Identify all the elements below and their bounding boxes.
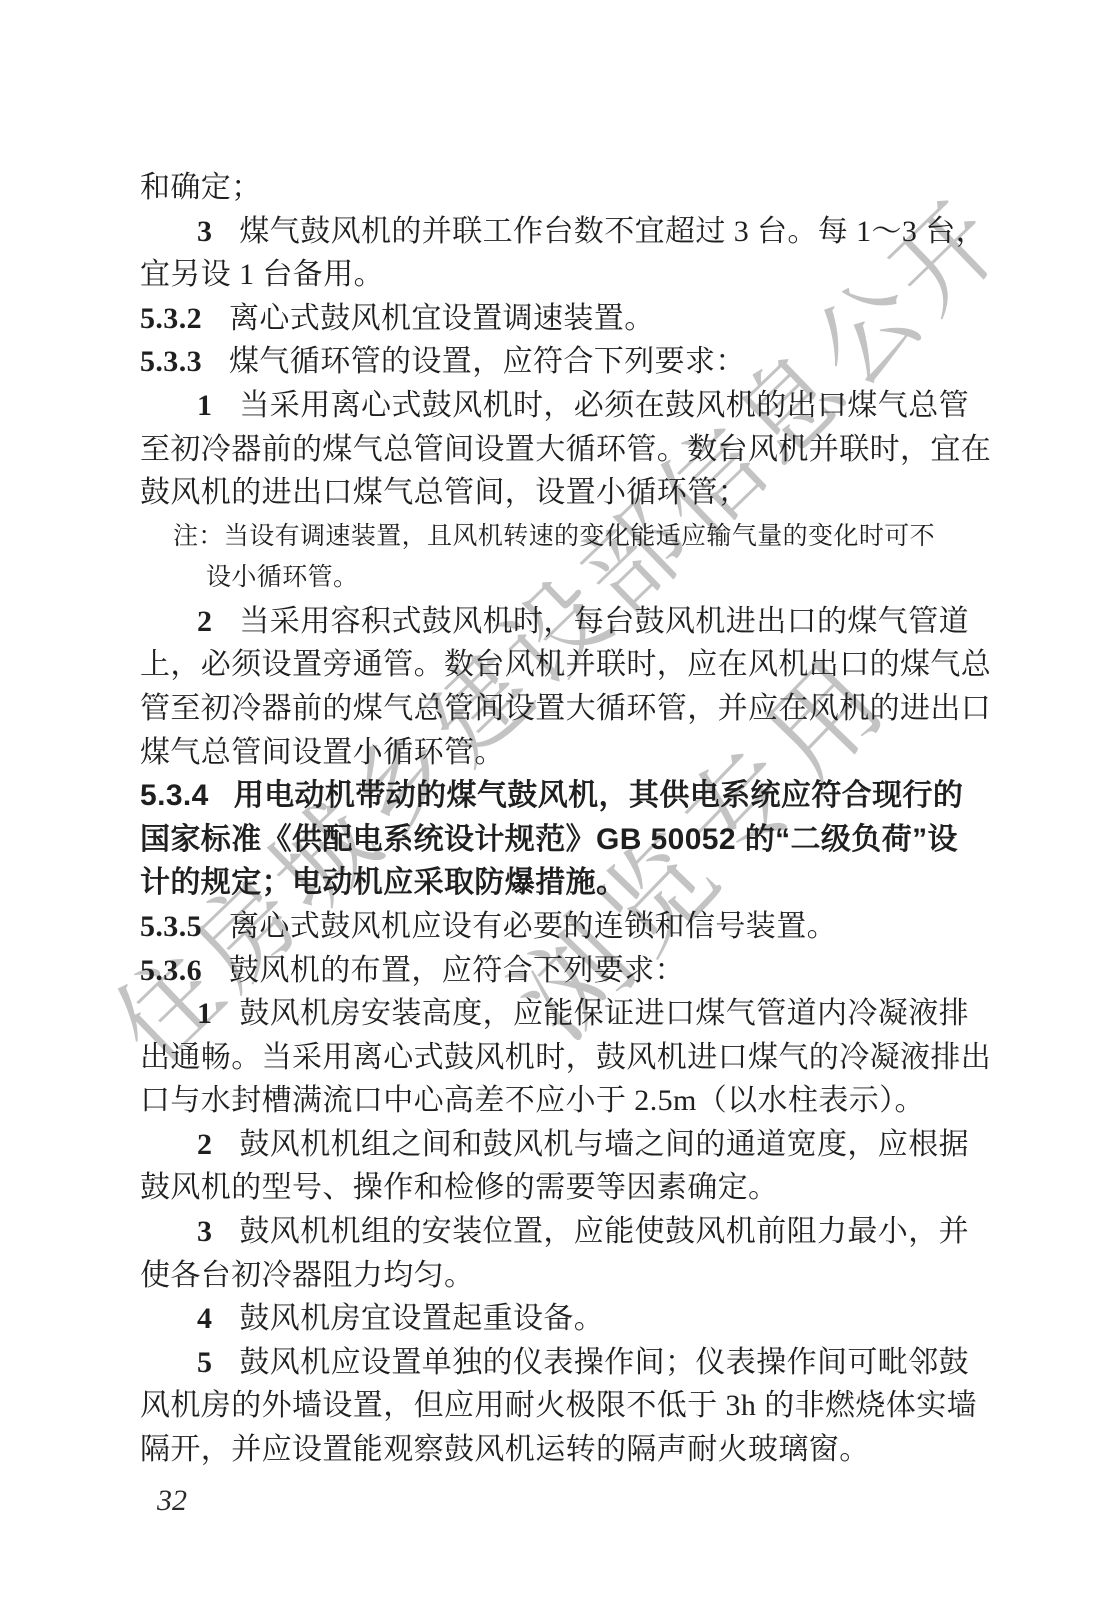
text-line: 计的规定；电动机应采取防爆措施。: [140, 861, 963, 905]
text-line: 5.3.5离心式鼓风机应设有必要的连锁和信号装置。: [140, 905, 963, 949]
line-text: 口与水封槽满流口中心高差不应小于 2.5m（以水柱表示）。: [140, 1084, 925, 1117]
text-line: 上，必须设置旁通管。数台风机并联时，应在风机出口的煤气总: [140, 643, 963, 687]
line-text: 鼓风机的型号、操作和检修的需要等因素确定。: [140, 1171, 778, 1204]
line-number-label: 5.3.4: [140, 779, 209, 812]
line-number-label: 1: [197, 997, 212, 1030]
line-text: 鼓风机机组之间和鼓风机与墙之间的通道宽度，应根据: [239, 1128, 969, 1161]
line-text: 鼓风机机组的安装位置，应能使鼓风机前阻力最小，并: [239, 1215, 969, 1248]
line-number-label: 注：: [173, 523, 224, 550]
line-text: 当采用容积式鼓风机时，每台鼓风机进出口的煤气管道: [239, 605, 969, 638]
line-number-label: 5.3.6: [140, 954, 202, 987]
text-line: 风机房的外墙设置，但应用耐火极限不低于 3h 的非燃烧体实墙: [140, 1384, 963, 1428]
line-text: 鼓风机的布置，应符合下列要求：: [229, 954, 685, 987]
line-text: 和确定；: [140, 171, 262, 204]
text-line: 3鼓风机机组的安装位置，应能使鼓风机前阻力最小，并: [140, 1210, 963, 1254]
text-line: 4鼓风机房宜设置起重设备。: [140, 1297, 963, 1341]
line-text: 煤气循环管的设置，应符合下列要求：: [229, 345, 746, 378]
line-number-label: 3: [197, 215, 212, 248]
text-line: 2鼓风机机组之间和鼓风机与墙之间的通道宽度，应根据: [140, 1123, 963, 1167]
line-text: 煤气总管间设置小循环管。: [140, 736, 505, 769]
text-line: 5.3.6鼓风机的布置，应符合下列要求：: [140, 949, 963, 993]
line-text: 当设有调速装置，且风机转速的变化能适应输气量的变化时可不: [224, 523, 935, 550]
line-text: 风机房的外墙设置，但应用耐火极限不低于 3h 的非燃烧体实墙: [140, 1389, 977, 1422]
line-number-label: 3: [197, 1215, 212, 1248]
line-number-label: 5.3.2: [140, 302, 202, 335]
line-text: 上，必须设置旁通管。数台风机并联时，应在风机出口的煤气总: [140, 648, 991, 681]
line-text: 用电动机带动的煤气鼓风机，其供电系统应符合现行的: [234, 779, 964, 812]
line-text: 煤气鼓风机的并联工作台数不宜超过 3 台。每 1～3 台，: [239, 215, 986, 248]
text-line: 煤气总管间设置小循环管。: [140, 731, 963, 775]
line-number-label: 4: [197, 1302, 212, 1335]
text-line: 鼓风机的进出口煤气总管间，设置小循环管；: [140, 471, 963, 515]
line-text: 离心式鼓风机宜设置调速装置。: [229, 302, 655, 335]
line-text: 管至初冷器前的煤气总管间设置大循环管，并应在风机的进出口: [140, 692, 991, 725]
text-line: 2当采用容积式鼓风机时，每台鼓风机进出口的煤气管道: [140, 600, 963, 644]
text-line: 3煤气鼓风机的并联工作台数不宜超过 3 台。每 1～3 台，: [140, 210, 963, 254]
line-text: 鼓风机房宜设置起重设备。: [239, 1302, 604, 1335]
text-line: 至初冷器前的煤气总管间设置大循环管。数台风机并联时，宜在: [140, 428, 963, 472]
text-line: 国家标准《供配电系统设计规范》GB 50052 的“二级负荷”设: [140, 818, 963, 862]
line-text: 离心式鼓风机应设有必要的连锁和信号装置。: [229, 910, 837, 943]
text-line: 口与水封槽满流口中心高差不应小于 2.5m（以水柱表示）。: [140, 1079, 963, 1123]
text-line: 5.3.4用电动机带动的煤气鼓风机，其供电系统应符合现行的: [140, 774, 963, 818]
line-number-label: 5.3.5: [140, 910, 202, 943]
line-text: 当采用离心式鼓风机时，必须在鼓风机的出口煤气总管: [239, 389, 969, 422]
line-text: 出通畅。当采用离心式鼓风机时，鼓风机进口煤气的冷凝液排出: [140, 1041, 991, 1074]
line-text: 鼓风机房安装高度，应能保证进口煤气管道内冷凝液排: [239, 997, 969, 1030]
text-line: 鼓风机的型号、操作和检修的需要等因素确定。: [140, 1166, 963, 1210]
line-text: 宜另设 1 台备用。: [140, 258, 384, 291]
line-number-label: 5: [197, 1346, 212, 1379]
text-line: 5鼓风机应设置单独的仪表操作间；仪表操作间可毗邻鼓: [140, 1341, 963, 1385]
text-line: 注：当设有调速装置，且风机转速的变化能适应输气量的变化时可不: [140, 518, 963, 556]
text-line: 5.3.2离心式鼓风机宜设置调速装置。: [140, 297, 963, 341]
text-line: 使各台初冷器阻力均匀。: [140, 1254, 963, 1298]
line-number-label: 2: [197, 605, 212, 638]
text-line: 宜另设 1 台备用。: [140, 253, 963, 297]
text-line: 设小循环管。: [140, 559, 963, 597]
text-line: 和确定；: [140, 166, 963, 210]
text-line: 1当采用离心式鼓风机时，必须在鼓风机的出口煤气总管: [140, 384, 963, 428]
text-line: 出通畅。当采用离心式鼓风机时，鼓风机进口煤气的冷凝液排出: [140, 1036, 963, 1080]
line-text: 鼓风机的进出口煤气总管间，设置小循环管；: [140, 476, 748, 509]
line-text: 隔开，并应设置能观察鼓风机运转的隔声耐火玻璃窗。: [140, 1433, 870, 1466]
line-number-label: 1: [197, 389, 212, 422]
line-text: 设小循环管。: [206, 564, 358, 591]
text-line: 5.3.3煤气循环管的设置，应符合下列要求：: [140, 340, 963, 384]
line-text: 计的规定；电动机应采取防爆措施。: [140, 866, 626, 899]
text-line: 管至初冷器前的煤气总管间设置大循环管，并应在风机的进出口: [140, 687, 963, 731]
text-block: 和确定；3煤气鼓风机的并联工作台数不宜超过 3 台。每 1～3 台，宜另设 1 …: [140, 166, 963, 1472]
line-text: 鼓风机应设置单独的仪表操作间；仪表操作间可毗邻鼓: [239, 1346, 969, 1379]
document-page: 住房城乡建设部信息公开 浏览专用 和确定；3煤气鼓风机的并联工作台数不宜超过 3…: [0, 0, 1103, 1598]
line-number-label: 5.3.3: [140, 345, 202, 378]
line-number-label: 2: [197, 1128, 212, 1161]
line-text: 使各台初冷器阻力均匀。: [140, 1259, 474, 1292]
text-line: 1鼓风机房安装高度，应能保证进口煤气管道内冷凝液排: [140, 992, 963, 1036]
line-text: 国家标准《供配电系统设计规范》GB 50052 的“二级负荷”设: [140, 823, 958, 856]
text-line: 隔开，并应设置能观察鼓风机运转的隔声耐火玻璃窗。: [140, 1428, 963, 1472]
page-number: 32: [157, 1484, 187, 1518]
line-text: 至初冷器前的煤气总管间设置大循环管。数台风机并联时，宜在: [140, 433, 991, 466]
